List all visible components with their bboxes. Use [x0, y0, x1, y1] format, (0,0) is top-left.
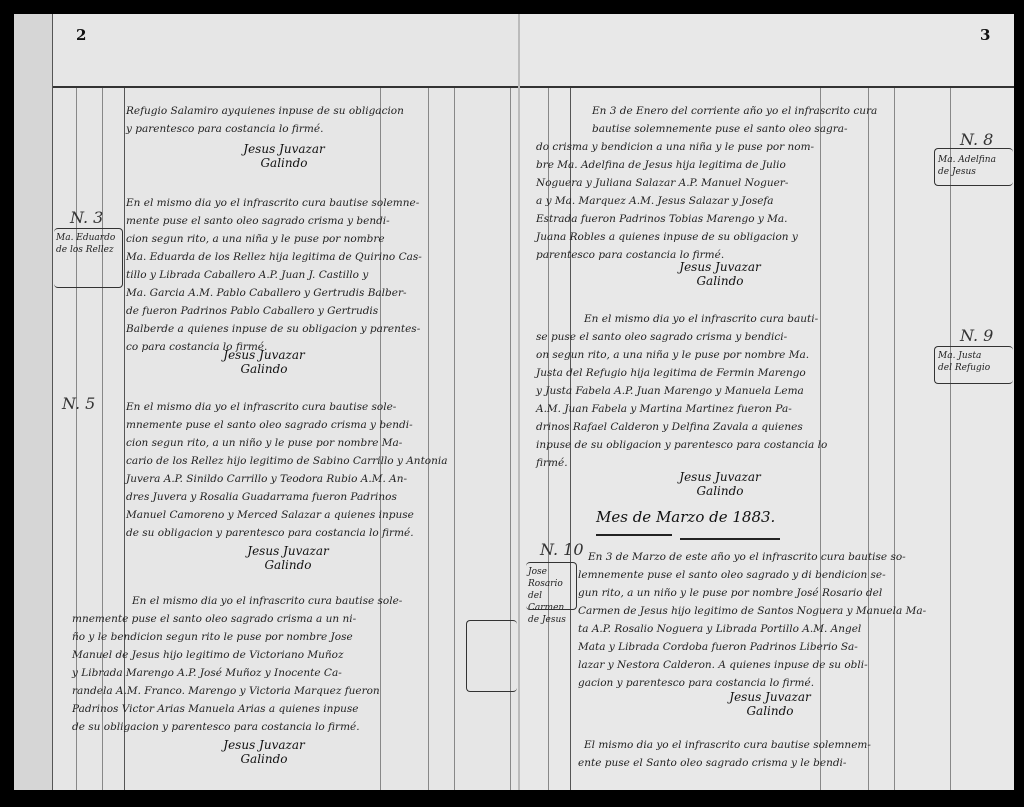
- entry-number: N. 9: [960, 326, 993, 345]
- entry-number: N. 8: [960, 130, 993, 149]
- entry-number: N. 10: [540, 540, 584, 559]
- margin-brace: [934, 148, 1013, 186]
- entry-line: Manuel Camoreno y Merced Salazar a quien…: [126, 506, 506, 524]
- entry-line: y Justa Fabela A.P. Juan Marengo y Manue…: [520, 382, 920, 400]
- entry-line: En el mismo dia yo el infrascrito cura b…: [126, 194, 506, 212]
- entry-line: mente puse el santo oleo sagrado crisma …: [126, 212, 506, 230]
- entry-line: lemnemente puse el santo oleo sagrado y …: [578, 566, 1008, 584]
- entry-line: En 3 de Enero del corriente año yo el in…: [520, 102, 920, 120]
- entry-line: Manuel de Jesus hijo legitimo de Victori…: [72, 646, 472, 664]
- signature-surname: Galindo: [194, 362, 334, 376]
- entry-n8: En 3 de Enero del corriente año yo el in…: [520, 102, 920, 264]
- entry-line: mnemente puse el santo oleo sagrado cris…: [126, 416, 506, 434]
- entry-line: bre Ma. Adelfina de Jesus hija legitima …: [520, 156, 920, 174]
- entry-n9: En el mismo dia yo el infrascrito cura b…: [520, 310, 920, 472]
- column-line: [52, 14, 53, 790]
- entry-line: gun rito, a un niño y le puse por nombre…: [578, 584, 1008, 602]
- margin-brace: [526, 562, 577, 610]
- signature-name: Jesus Juvazar: [214, 142, 354, 156]
- entry-line: Juana Robles a quienes inpuse de su obli…: [520, 228, 920, 246]
- entry-line: de fueron Padrinos Pablo Caballero y Ger…: [126, 302, 506, 320]
- entry-line: ente puse el Santo oleo sagrado crisma y…: [578, 754, 1008, 772]
- signature: Jesus Juvazar Galindo: [214, 142, 354, 170]
- entry-line: Refugio Salamiro ayquienes inpuse de su …: [126, 102, 506, 120]
- entry-line: Juvera A.P. Sinildo Carrillo y Teodora R…: [126, 470, 506, 488]
- entry-line: En el mismo dia yo el infrascrito cura b…: [520, 310, 920, 328]
- signature-name: Jesus Juvazar: [194, 348, 334, 362]
- entry-line: do crisma y bendicion a una niña y le pu…: [520, 138, 920, 156]
- entry-line: Mata y Librada Cordoba fueron Padrinos L…: [578, 638, 1008, 656]
- signature: Jesus Juvazar Galindo: [650, 470, 790, 498]
- month-heading: Mes de Marzo de 1883.: [596, 508, 775, 526]
- signature-surname: Galindo: [214, 156, 354, 170]
- entry-line: Ma. Garcia A.M. Pablo Caballero y Gertru…: [126, 284, 506, 302]
- entry-line: cion segun rito, a un niño y le puse por…: [126, 434, 506, 452]
- margin-brace: [54, 228, 123, 288]
- entry-line: Noguera y Juliana Salazar A.P. Manuel No…: [520, 174, 920, 192]
- entry-number: N. 5: [62, 394, 95, 413]
- entry-line: El mismo dia yo el infrascrito cura baut…: [578, 736, 1008, 754]
- margin-name-line: de Jesus: [528, 614, 574, 626]
- entry-n6: En el mismo dia yo el infrascrito cura b…: [72, 592, 472, 736]
- entry-line: Estrada fueron Padrinos Tobias Marengo y…: [520, 210, 920, 228]
- signature: Jesus Juvazar Galindo: [218, 544, 358, 572]
- entry-line: inpuse de su obligacion y parentesco par…: [520, 436, 920, 454]
- entry-line: drinos Rafael Calderon y Delfina Zavala …: [520, 418, 920, 436]
- entry-line: randela A.M. Franco. Marengo y Victoria …: [72, 682, 472, 700]
- page-number: 2: [76, 26, 86, 44]
- entry-line: bautise solemnemente puse el santo oleo …: [520, 120, 920, 138]
- entry-line: cion segun rito, a una niña y le puse po…: [126, 230, 506, 248]
- entry-line: En el mismo dia yo el infrascrito cura b…: [72, 592, 472, 610]
- entry-line: Justa del Refugio hija legitima de Fermi…: [520, 364, 920, 382]
- header-rule: [52, 86, 520, 88]
- signature-surname: Galindo: [650, 484, 790, 498]
- signature-surname: Galindo: [700, 704, 840, 718]
- margin-brace: [934, 346, 1013, 384]
- signature-name: Jesus Juvazar: [194, 738, 334, 752]
- entry-line: se puse el santo oleo sagrado crisma y b…: [520, 328, 920, 346]
- heading-underline: [680, 538, 780, 540]
- heading-underline: [596, 534, 672, 536]
- entry-line: A.M. Juan Fabela y Martina Martinez fuer…: [520, 400, 920, 418]
- entry-line: En 3 de Marzo de este año yo el infrascr…: [578, 548, 1008, 566]
- entry-line: Ma. Eduarda de los Rellez hija legitima …: [126, 248, 506, 266]
- entry-line: de su obligacion y parentesco para costa…: [126, 524, 506, 542]
- left-page: 2 Refugio Salamiro ayquienes inpuse de s…: [14, 14, 520, 790]
- entry-line: y Librada Marengo A.P. José Muñoz y Inoc…: [72, 664, 472, 682]
- entry-line: ta A.P. Rosalio Noguera y Librada Portil…: [578, 620, 1008, 638]
- signature: Jesus Juvazar Galindo: [700, 690, 840, 718]
- signature-name: Jesus Juvazar: [650, 260, 790, 274]
- signature: Jesus Juvazar Galindo: [650, 260, 790, 288]
- signature: Jesus Juvazar Galindo: [194, 738, 334, 766]
- register-spread: 2 Refugio Salamiro ayquienes inpuse de s…: [14, 14, 1014, 790]
- signature: Jesus Juvazar Galindo: [194, 348, 334, 376]
- right-page: 3 En 3 de Enero del corriente año yo el …: [520, 14, 1014, 790]
- page-edge: [14, 14, 52, 790]
- page-number: 3: [980, 26, 990, 44]
- margin-brace: [466, 620, 517, 692]
- entry-line: mnemente puse el santo oleo sagrado cris…: [72, 610, 472, 628]
- entry-number: N. 3: [70, 208, 103, 227]
- signature-name: Jesus Juvazar: [218, 544, 358, 558]
- entry-n11-partial: El mismo dia yo el infrascrito cura baut…: [578, 736, 1008, 772]
- entry-line: on segun rito, a una niña y le puse por …: [520, 346, 920, 364]
- entry-line: lazar y Nestora Calderon. A quienes inpu…: [578, 656, 1008, 674]
- entry-line: Padrinos Victor Arias Manuela Arias a qu…: [72, 700, 472, 718]
- entry-line: dres Juvera y Rosalia Guadarrama fueron …: [126, 488, 506, 506]
- entry-line: y parentesco para costancia lo firmé.: [126, 120, 506, 138]
- entry-n10: En 3 de Marzo de este año yo el infrascr…: [578, 548, 1008, 692]
- signature-surname: Galindo: [218, 558, 358, 572]
- header-rule: [520, 86, 1014, 88]
- entry-n5: En el mismo dia yo el infrascrito cura b…: [126, 398, 506, 542]
- signature-surname: Galindo: [194, 752, 334, 766]
- entry-line: En el mismo dia yo el infrascrito cura b…: [126, 398, 506, 416]
- entry-line: ño y le bendicion segun rito le puse por…: [72, 628, 472, 646]
- entry-line: Balberde a quienes inpuse de su obligaci…: [126, 320, 506, 338]
- entry-line: Carmen de Jesus hijo legitimo de Santos …: [578, 602, 1008, 620]
- entry-continued: Refugio Salamiro ayquienes inpuse de su …: [126, 102, 506, 138]
- entry-line: cario de los Rellez hijo legitimo de Sab…: [126, 452, 506, 470]
- signature-name: Jesus Juvazar: [650, 470, 790, 484]
- signature-surname: Galindo: [650, 274, 790, 288]
- entry-line: de su obligacion y parentesco para costa…: [72, 718, 472, 736]
- entry-line: tillo y Librada Caballero A.P. Juan J. C…: [126, 266, 506, 284]
- entry-line: a y Ma. Marquez A.M. Jesus Salazar y Jos…: [520, 192, 920, 210]
- signature-name: Jesus Juvazar: [700, 690, 840, 704]
- entry-n3: En el mismo dia yo el infrascrito cura b…: [126, 194, 506, 356]
